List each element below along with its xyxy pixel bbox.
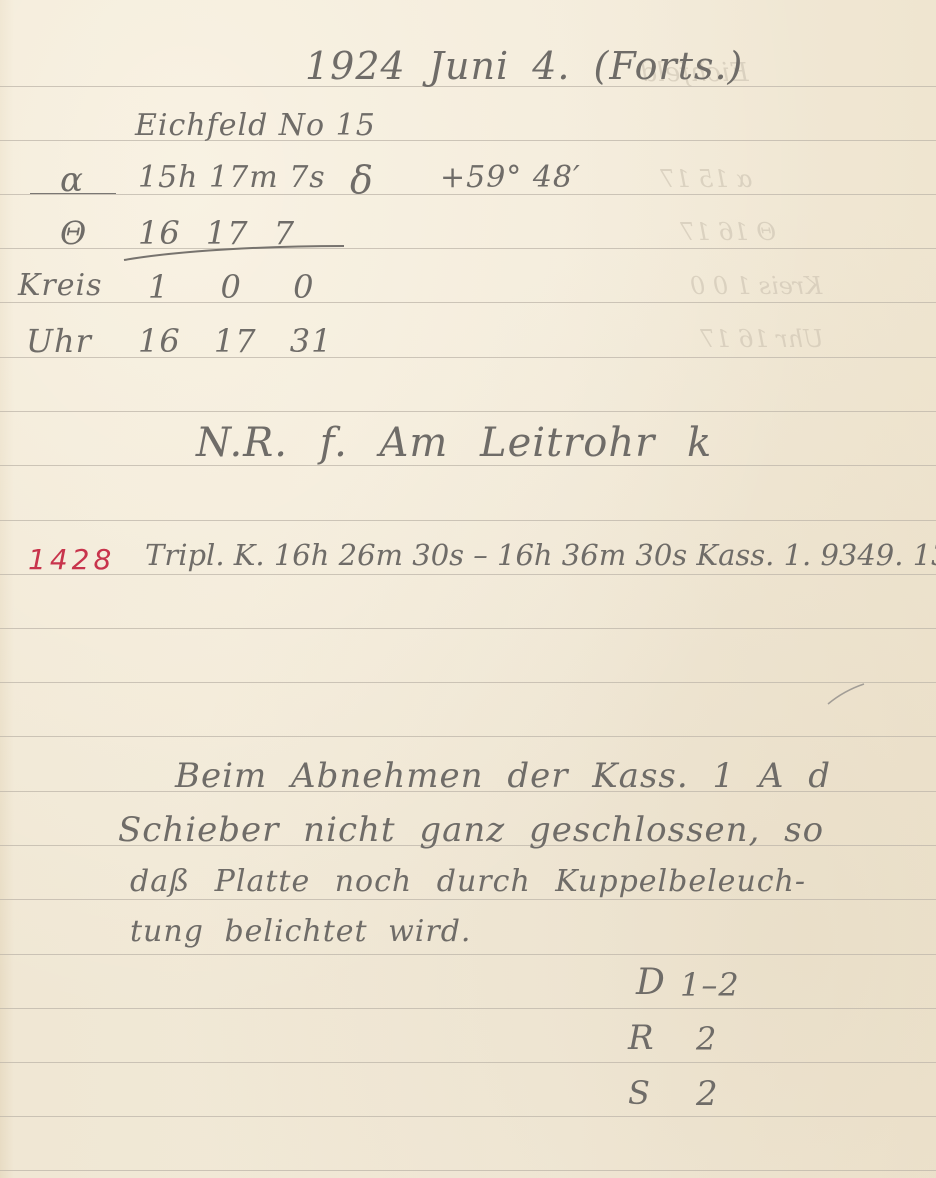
kreis-label: Kreis [18,268,103,303]
bleedthrough-text: α 15 17 [660,165,753,193]
nr-note: N.R. f. Am Leitrohr k [196,420,712,466]
remark-line: tung belichtet wird. [130,914,471,949]
uhr-value: 16 17 31 [138,322,333,360]
star-name: Eichfeld No 15 [135,108,376,143]
ruled-line [0,1008,936,1009]
bleedthrough-text: Kreis 1 0 0 [690,272,822,300]
remark-line: Beim Abnehmen der Kass. 1 A d [175,756,831,796]
rating-label-r: R [628,1018,655,1058]
delta-label: δ [350,158,374,202]
alpha-value: 15h 17m 7s [138,160,326,195]
kreis-value: 1 0 0 [148,268,314,306]
plate-number: 1428 [28,543,115,576]
uhr-label: Uhr [26,322,92,360]
bleedthrough-text: Θ 16 17 [680,218,776,246]
ruled-line [0,302,936,303]
delta-value: +59° 48′ [440,160,581,195]
alpha-underline [30,193,116,194]
rating-value-r: 2 [696,1020,717,1058]
rating-value-d: 1–2 [680,966,740,1004]
ruled-line [0,682,936,683]
sum-underline [122,242,346,262]
remark-line: Schieber nicht ganz geschlossen, so [118,810,824,850]
ruled-line [0,1116,936,1117]
alpha-label: α [60,160,84,200]
ruled-line [0,899,936,900]
rating-label-d: D [636,962,666,1003]
ruled-line [0,954,936,955]
rating-label-s: S [628,1074,651,1112]
ruled-line [0,574,936,575]
page-heading: 1924 Juni 4. (Forts.) [305,44,743,88]
remark-line: daß Platte noch durch Kuppelbeleuch- [130,864,806,899]
ruled-line [0,1170,936,1171]
notebook-page: Eichfeld α 15 17 Θ 16 17 Kreis 1 0 0 Uhr… [0,0,936,1178]
theta-label: Θ [60,214,87,252]
ruled-line [0,1062,936,1063]
pencil-stroke [826,682,866,706]
ruled-line [0,736,936,737]
bleedthrough-text: Uhr 16 17 [700,325,824,353]
ruled-line [0,411,936,412]
ruled-line [0,520,936,521]
ruled-line [0,628,936,629]
rating-value-s: 2 [696,1074,719,1114]
exposure-entry: Tripl. K. 16h 26m 30s – 16h 36m 30s Kass… [145,538,936,572]
